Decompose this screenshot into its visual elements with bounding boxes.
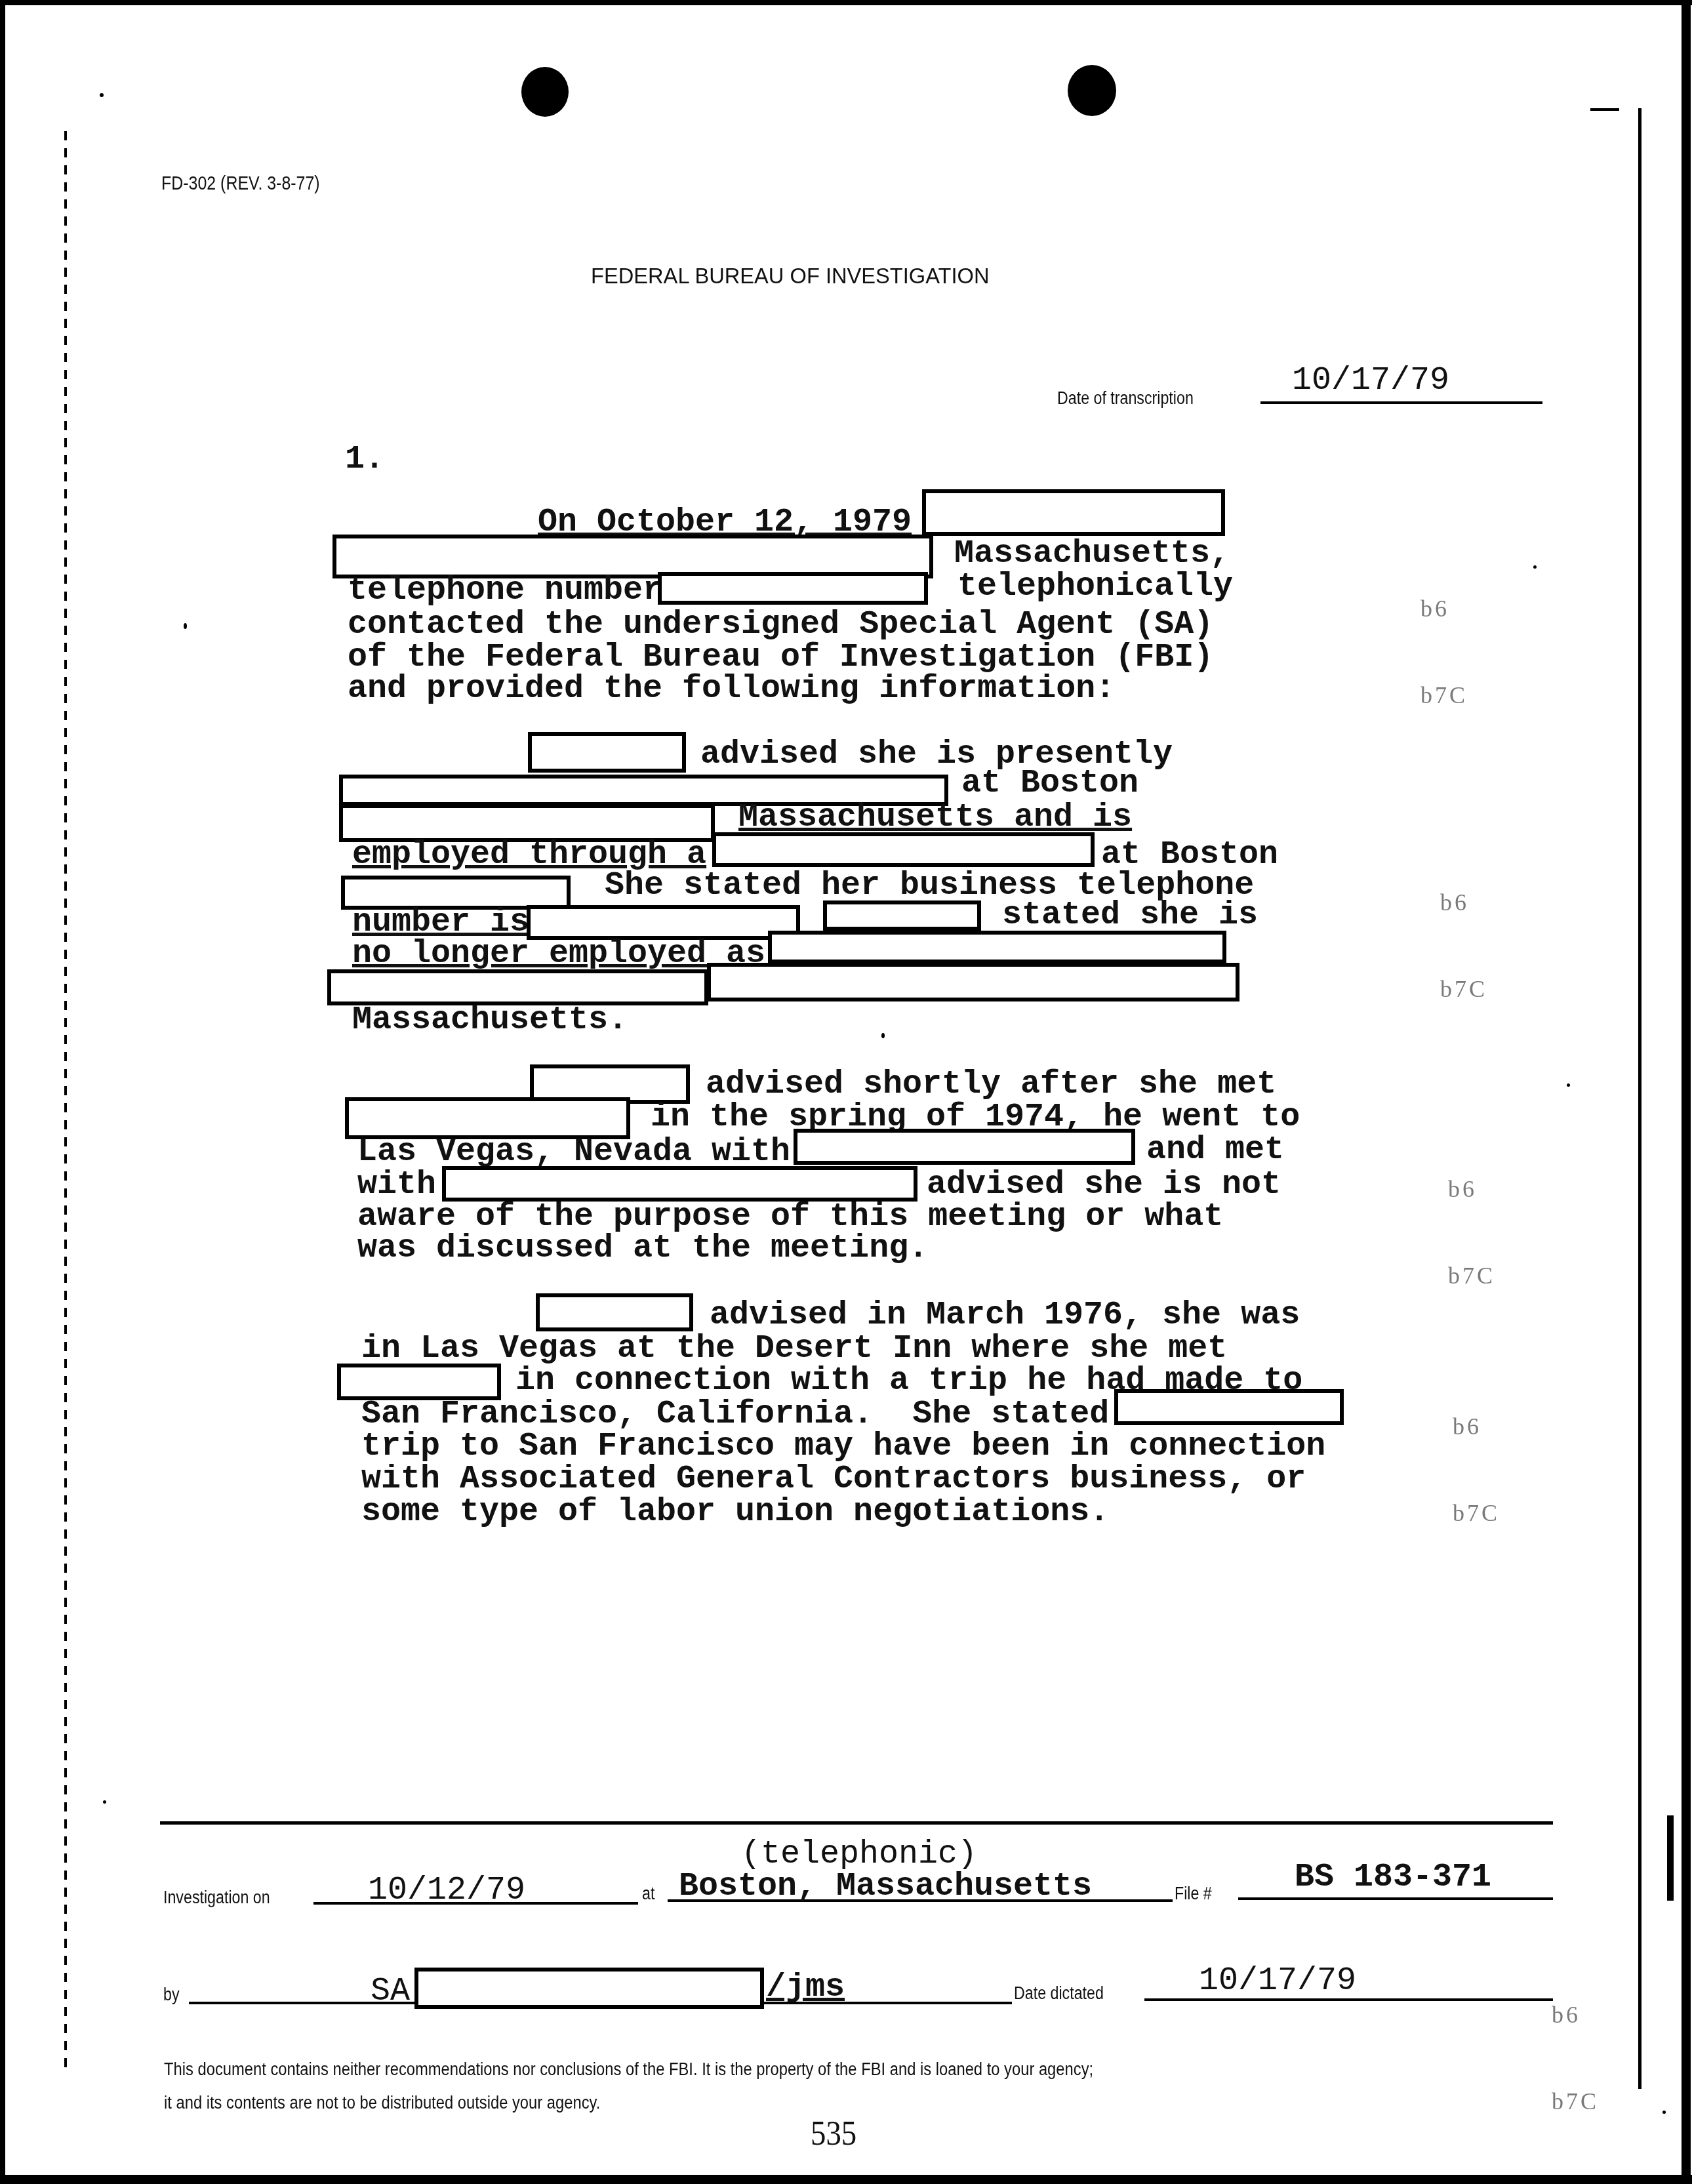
file-value: BS 183-371 (1295, 1861, 1491, 1894)
redaction-box (794, 1129, 1135, 1165)
exemption-b6: b6 (1453, 1412, 1500, 1441)
p1-line4: contacted the undersigned Special Agent … (348, 609, 1213, 641)
form-number: FD-302 (REV. 3-8-77) (161, 173, 320, 194)
right-margin-line (1638, 108, 1642, 2089)
p1-line6: and provided the following information: (348, 673, 1115, 706)
disclaimer-line1: This document contains neither recommend… (164, 2059, 1093, 2079)
scan-border-left (0, 0, 5, 2184)
exemption-mark: b6 b7C (1440, 830, 1487, 1061)
p4-line4: San Francisco, California. She stated (361, 1398, 1109, 1431)
redaction-box (768, 931, 1226, 963)
date-dictated-label: Date dictated (1014, 1983, 1104, 2003)
p3-line1: advised shortly after she met (706, 1068, 1276, 1101)
exemption-b7c: b7C (1440, 975, 1487, 1003)
scan-speck (1533, 565, 1537, 569)
scan-speck (103, 1800, 106, 1804)
exemption-b6: b6 (1420, 594, 1468, 623)
punch-hole (1068, 65, 1116, 116)
redaction-box (536, 1293, 693, 1331)
by-suffix: /jms (766, 1972, 845, 2004)
investigation-on-value: 10/12/79 (368, 1874, 525, 1907)
date-dictated-value: 10/17/79 (1199, 1965, 1356, 1998)
left-margin-dashes (64, 131, 67, 2073)
punch-hole (521, 67, 569, 117)
redaction-box (528, 732, 686, 773)
p2-line7: no longer employed as (352, 938, 765, 971)
p4-line5: trip to San Francisco may have been in c… (361, 1430, 1325, 1463)
exemption-b7c: b7C (1453, 1499, 1500, 1527)
transcription-underline (1260, 401, 1542, 404)
exemption-mark: b6 b7C (1552, 1943, 1599, 2174)
exemption-mark: b6 b7C (1453, 1354, 1500, 1585)
scan-speck (881, 1033, 885, 1038)
redaction-box (442, 1166, 917, 1202)
at-value: Boston, Massachusetts (679, 1871, 1092, 1903)
at-label: at (642, 1884, 655, 1903)
p4-line2: in Las Vegas at the Desert Inn where she… (361, 1333, 1227, 1365)
p4-line7: some type of labor union negotiations. (361, 1496, 1109, 1529)
investigation-on-label: Investigation on (163, 1888, 270, 1907)
redaction-box (712, 832, 1095, 867)
exemption-b6: b6 (1448, 1175, 1495, 1203)
scan-speck (1567, 1083, 1570, 1087)
p2-line3: Massachusetts and is (738, 801, 1132, 834)
p3-line3a: Las Vegas, Nevada with (357, 1136, 790, 1169)
p2-line2: at Boston (961, 767, 1138, 800)
exemption-b6: b6 (1440, 888, 1487, 917)
footer-divider (160, 1821, 1553, 1825)
redaction-box (327, 969, 708, 1005)
investigation-method: (telephonic) (741, 1838, 977, 1871)
exemption-mark: b6 b7C (1420, 536, 1468, 767)
p2-line6a: number is (352, 906, 529, 939)
exemption-b6: b6 (1552, 2000, 1599, 2029)
right-corner-mark (1590, 108, 1619, 111)
redaction-box (1114, 1389, 1344, 1425)
exemption-b7c: b7C (1448, 1261, 1495, 1290)
disclaimer-line2: it and its contents are not to be distri… (164, 2093, 600, 2113)
p1-line3b: telephonically (957, 571, 1233, 603)
redaction-box (823, 900, 981, 931)
transcription-date: 10/17/79 (1292, 365, 1449, 397)
p1-line5: of the Federal Bureau of Investigation (… (348, 641, 1213, 674)
scan-border-bottom (0, 2175, 1692, 2184)
redaction-box (658, 572, 928, 605)
redaction-box (922, 489, 1225, 536)
file-underline (1238, 1897, 1553, 1900)
exemption-b7c: b7C (1552, 2087, 1599, 2116)
p2-line8: Massachusetts. (352, 1004, 628, 1037)
scan-speck (1662, 2111, 1666, 2114)
redaction-box (414, 1968, 764, 2009)
redaction-box (337, 1364, 501, 1400)
document-page: FD-302 (REV. 3-8-77) FEDERAL BUREAU OF I… (0, 0, 1692, 2184)
scan-border-right (1682, 5, 1691, 2184)
p3-line4a: with (357, 1169, 436, 1202)
redaction-box (707, 963, 1239, 1001)
scan-speck (184, 623, 187, 629)
p2-line6b: stated she is (1002, 899, 1258, 932)
right-margin-bar (1667, 1815, 1674, 1901)
transcription-label: Date of transcription (1057, 388, 1194, 408)
p3-line6: was discussed at the meeting. (357, 1232, 928, 1265)
scan-border-top (0, 0, 1692, 5)
exemption-b7c: b7C (1420, 681, 1468, 710)
file-label: File # (1175, 1884, 1212, 1903)
p1-line3a: telephone number (348, 575, 662, 607)
p3-line5: aware of the purpose of this meeting or … (357, 1201, 1223, 1234)
p3-line3b: and met (1146, 1134, 1284, 1167)
p3-line4b: advised she is not (927, 1169, 1281, 1202)
p4-line6: with Associated General Contractors busi… (361, 1463, 1306, 1496)
agency-title: FEDERAL BUREAU OF INVESTIGATION (591, 264, 990, 289)
by-label: by (163, 1985, 180, 2004)
exemption-mark: b6 b7C (1448, 1117, 1495, 1348)
p4-line1: advised in March 1976, she was (710, 1299, 1300, 1332)
p1-line2: Massachusetts, (954, 538, 1230, 571)
scan-speck (100, 93, 104, 97)
by-prefix: SA (371, 1975, 410, 2008)
item-number: 1. (345, 443, 384, 476)
page-number: 535 (811, 2117, 856, 2151)
